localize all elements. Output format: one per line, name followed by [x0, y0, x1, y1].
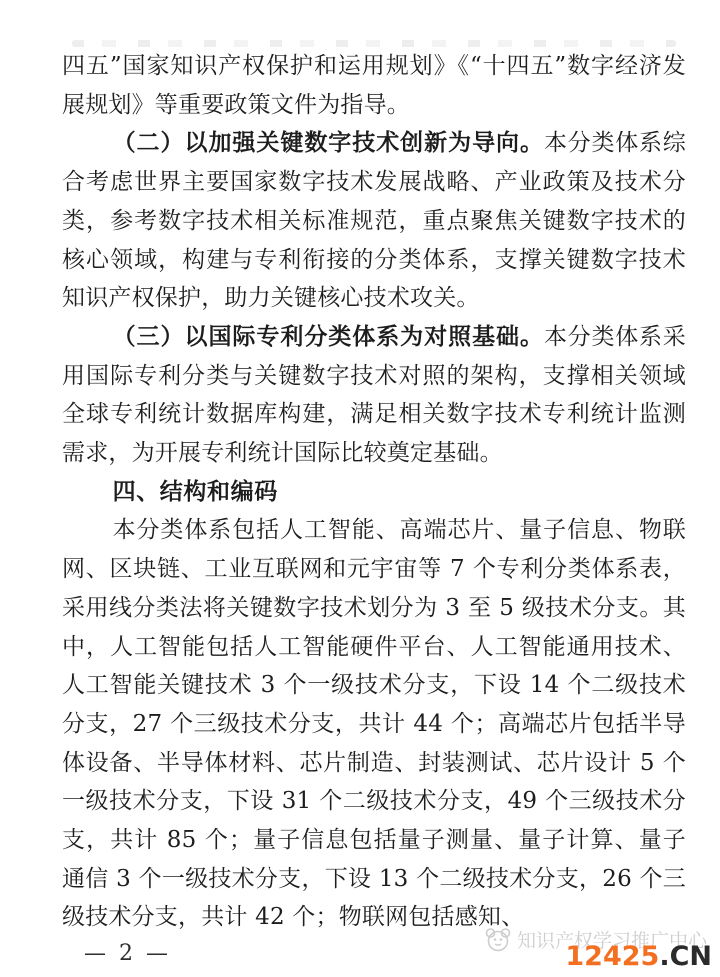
panda-logo-icon: [482, 924, 512, 954]
document-body: 四五”国家知识产权保护和运用规划》《“十四五”数字经济发展规划》等重要政策文件为…: [62, 47, 686, 937]
paragraph-structure: 本分类体系包括人工智能、高端芯片、量子信息、物联网、区块链、工业互联网和元宇宙等…: [62, 511, 686, 937]
watermark: 知识产权学习推广中心 12425.CN: [482, 922, 714, 972]
paragraph-text: 四五”国家知识产权保护和运用规划》《“十四五”数字经济发展规划》等重要政策文件为…: [62, 53, 686, 118]
paragraph-principle-2: （二）以加强关键数字技术创新为导向。本分类体系综合考虑世界主要国家数字技术发展战…: [62, 124, 686, 318]
paragraph-text: 本分类体系综合考虑世界主要国家数字技术发展战略、产业政策及技术分类，参考数字技术…: [62, 130, 686, 311]
paragraph-lead: （三）以国际专利分类体系为对照基础。: [113, 324, 544, 350]
watermark-brand-number: 12425: [565, 941, 659, 972]
paragraph-lead: （二）以加强关键数字技术创新为导向。: [113, 130, 544, 156]
watermark-brand: 12425.CN: [565, 943, 712, 970]
page-number: — 2 —: [84, 941, 171, 966]
scan-artifact: [72, 40, 676, 47]
document-page: 四五”国家知识产权保护和运用规划》《“十四五”数字经济发展规划》等重要政策文件为…: [0, 0, 720, 977]
paragraph-text: 本分类体系包括人工智能、高端芯片、量子信息、物联网、区块链、工业互联网和元宇宙等…: [62, 517, 686, 930]
watermark-brand-tld: .CN: [659, 941, 712, 972]
section-heading: 四、结构和编码: [62, 473, 686, 512]
paragraph-continuation: 四五”国家知识产权保护和运用规划》《“十四五”数字经济发展规划》等重要政策文件为…: [62, 47, 686, 124]
paragraph-principle-3: （三）以国际专利分类体系为对照基础。本分类体系采用国际专利分类与关键数字技术对照…: [62, 318, 686, 473]
